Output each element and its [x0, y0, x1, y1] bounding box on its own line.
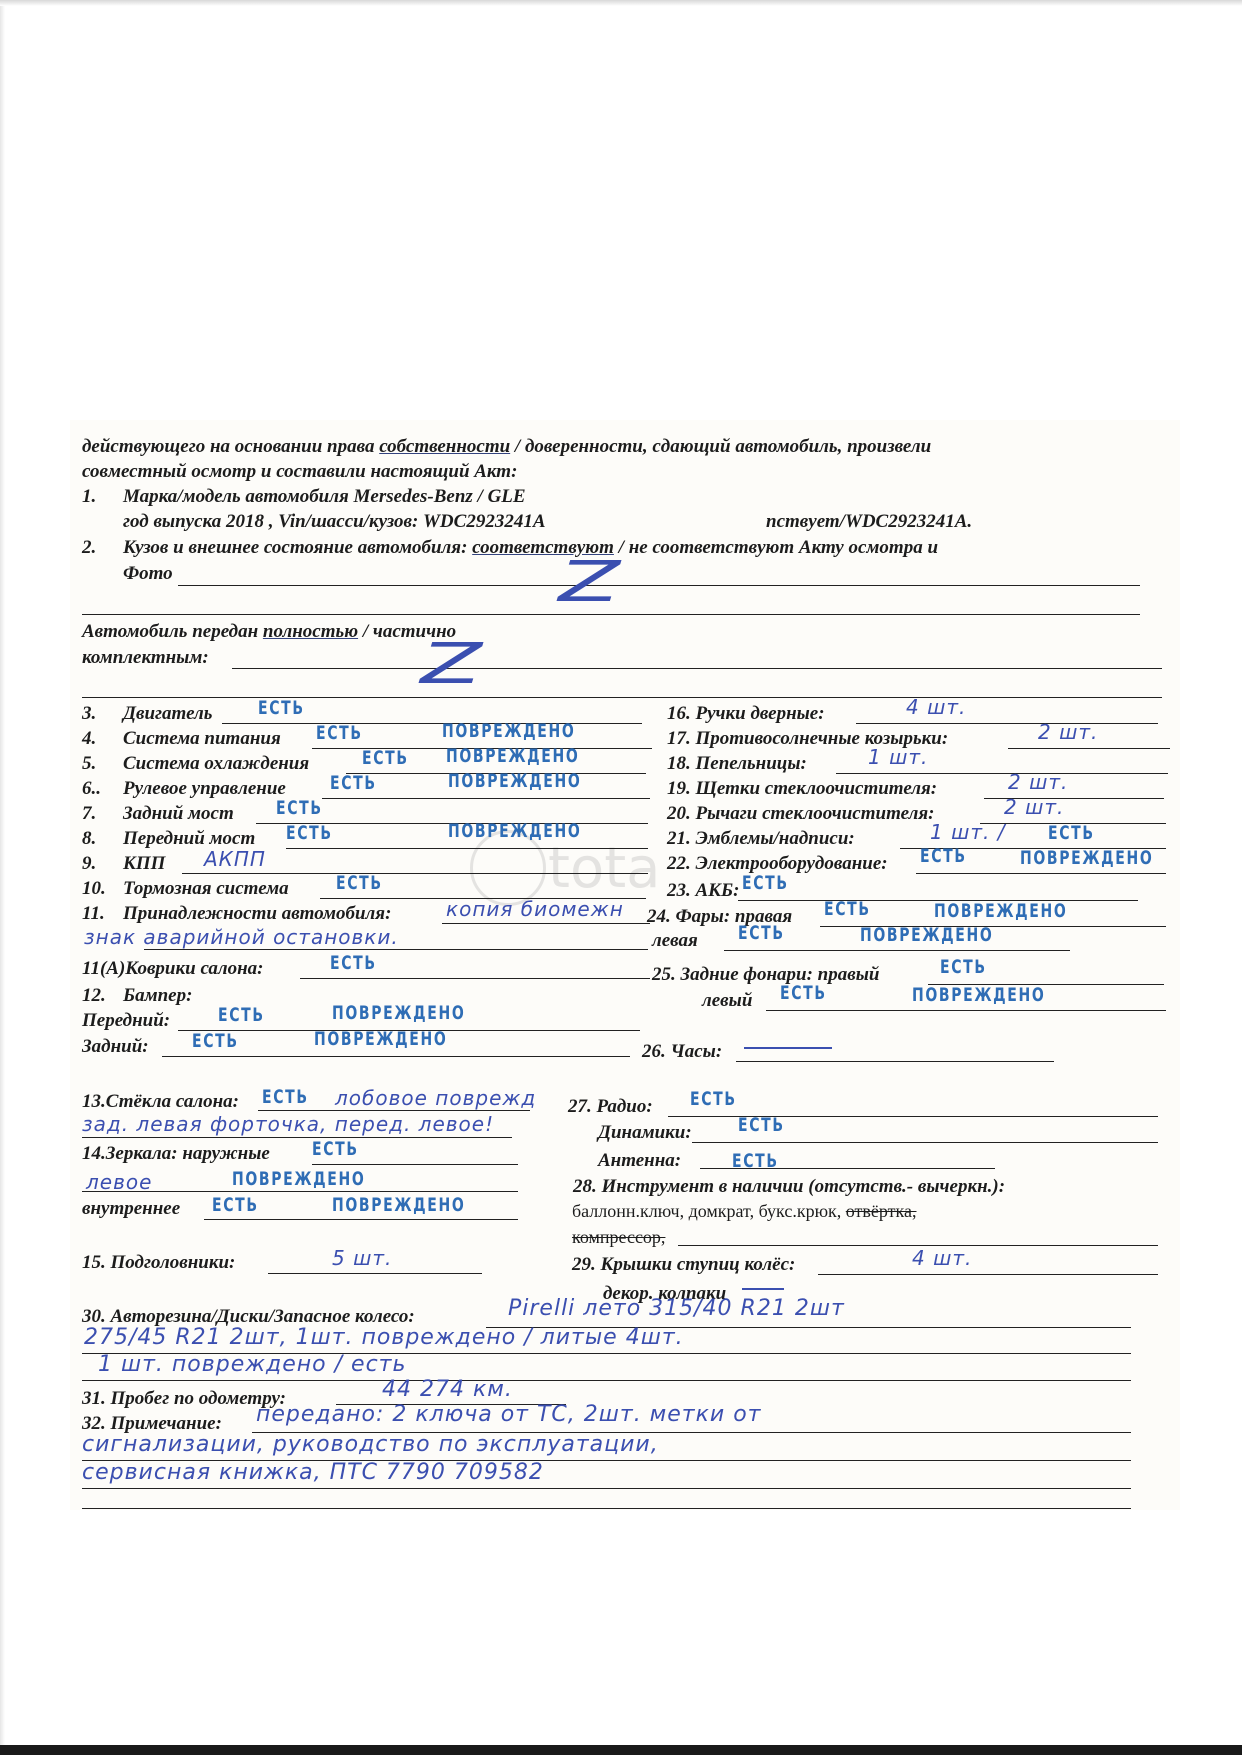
item-num: 5. — [82, 753, 123, 775]
left-item-status: ПОВРЕЖДЕНО — [448, 770, 581, 792]
item-label-text: Система питания — [123, 728, 281, 749]
item13-label: 13.Стёкла салона: — [82, 1091, 239, 1113]
item15-num: 15. — [82, 1252, 106, 1273]
item-num: 7. — [82, 803, 123, 825]
left-item-value: копия биомежн — [446, 897, 624, 921]
item-label-text: левая — [652, 930, 698, 951]
item14-label: 14.Зеркала: наружные — [82, 1143, 270, 1165]
left-item-value: АКПП — [204, 847, 266, 871]
item-label-text: Принадлежности автомобиля: — [123, 903, 391, 924]
tools-available: баллонн.ключ, домкрат, букс.крюк, — [572, 1201, 846, 1221]
item14-status: ПОВРЕЖДЕНО — [232, 1168, 365, 1190]
item30-underline-3 — [82, 1380, 1131, 1381]
item14-line-2 — [82, 1191, 518, 1192]
right-item-label: 19. Щетки стеклоочистителя: — [667, 778, 937, 800]
item-label-text: Часы: — [671, 1041, 723, 1062]
left-item-label: 3.Двигатель — [82, 703, 212, 725]
item-num: 26. — [642, 1041, 666, 1062]
item-num: 19. — [667, 778, 691, 799]
right-item-line — [836, 773, 1168, 774]
item-num: 3. — [82, 703, 123, 725]
item15-label: 15. Подголовники: — [82, 1252, 235, 1274]
left-item-status: ПОВРЕЖДЕНО — [314, 1028, 447, 1050]
intro-text-tail: / доверенности, сдающий автомобиль, прои… — [510, 436, 931, 457]
item31-value: 44 274 км. — [382, 1377, 513, 1402]
right-item-label: 23. АКБ: — [667, 880, 739, 902]
right-item-value: ЕСТЬ — [920, 845, 967, 867]
item-label-text: АКБ: — [696, 880, 740, 901]
left-item-value-line2: знак аварийной остановки. — [84, 925, 399, 949]
item30-line-2: 275/45 R21 2шт, 1шт. повреждено / литые … — [84, 1325, 684, 1350]
item30-line-3: 1 шт. повреждено / есть — [98, 1352, 406, 1377]
left-item-status: ПОВРЕЖДЕНО — [442, 720, 575, 742]
item-num: 21. — [667, 828, 691, 849]
left-item-value: ЕСТЬ — [258, 697, 305, 719]
item32-line-1: передано: 2 ключа от ТС, 2шт. метки от — [256, 1402, 761, 1427]
item27-text: Радио: — [597, 1096, 653, 1117]
left-item-value: ЕСТЬ — [330, 952, 377, 974]
photo-line — [178, 585, 1140, 586]
scan-edge-top — [0, 0, 1242, 6]
left-item-value: ЕСТЬ — [330, 772, 377, 794]
item14-inner-line — [204, 1219, 518, 1220]
right-item-status: ПОВРЕЖДЕНО — [934, 900, 1067, 922]
left-item-label: 12.Бампер: — [82, 985, 192, 1007]
item32-underline-4 — [82, 1508, 1131, 1509]
left-item-label: 7.Задний мост — [82, 803, 234, 825]
completeness-line: Автомобиль передан полностью / частично — [82, 621, 456, 643]
item1-label: Марка/модель автомобиля Mersedes-Benz / … — [123, 486, 526, 508]
item32-line-2: сигнализации, руководство по эксплуатаци… — [82, 1432, 659, 1457]
item14-inner-stamp: ЕСТЬ — [212, 1194, 259, 1216]
watermark-text: tota — [548, 836, 661, 901]
left-item-label: 5.Система охлаждения — [82, 753, 309, 775]
item-label-text: КПП — [123, 853, 165, 874]
left-item-label: 11(А)Коврики салона: — [82, 958, 264, 980]
item-num: 9. — [82, 853, 123, 875]
item30-line-1: Pirelli лето 315/40 R21 2шт — [508, 1296, 845, 1321]
item28-text: Инструмент в наличии (отсутств.- вычеркн… — [602, 1176, 1006, 1197]
intro-text: действующего на основании права — [82, 436, 379, 457]
right-item-value: ЕСТЬ — [780, 982, 827, 1004]
left-item-line — [442, 923, 650, 924]
right-item-label: левая — [652, 930, 698, 952]
tools-struck-screwdriver: отвёртка, — [846, 1201, 917, 1221]
right-item-label: 16. Ручки дверные: — [667, 703, 825, 725]
right-item-value: 1 шт. / — [930, 820, 1006, 844]
left-item-value: ЕСТЬ — [192, 1030, 239, 1052]
item14-inner-label: внутреннее — [82, 1198, 180, 1220]
right-item-dash — [744, 1047, 832, 1049]
hubcaps-dash — [742, 1288, 784, 1290]
item-num: 4. — [82, 728, 123, 750]
item-num: 16. — [667, 703, 691, 724]
intro-line-1: действующего на основании права собствен… — [82, 436, 931, 458]
right-item-value: 1 шт. — [868, 745, 928, 769]
speakers-label: Динамики: — [598, 1122, 692, 1144]
right-item-line — [916, 873, 1166, 874]
item-label-text: Коврики салона: — [125, 958, 263, 979]
item-num: 11. — [82, 903, 123, 925]
intro-line-2: совместный осмотр и составили настоящий … — [82, 461, 517, 483]
item13-text: Стёкла салона: — [106, 1091, 239, 1112]
completeness-line-1 — [232, 668, 1162, 669]
right-item-value: 2 шт. — [1004, 795, 1064, 819]
left-item-value: ЕСТЬ — [362, 747, 409, 769]
item29-num: 29. — [572, 1254, 596, 1275]
item15-value: 5 шт. — [332, 1246, 392, 1270]
item27-stamp: ЕСТЬ — [690, 1088, 737, 1110]
item-num: 25. — [652, 964, 676, 985]
item-label-text: Эмблемы/надписи: — [696, 828, 855, 849]
left-item-line — [322, 798, 650, 799]
left-item-line — [300, 978, 650, 979]
right-item-value: ЕСТЬ — [940, 956, 987, 978]
item28-label: 28. Инструмент в наличии (отсутств.- выч… — [573, 1176, 1005, 1198]
item14-num: 14. — [82, 1143, 106, 1164]
right-item-line — [766, 1010, 1166, 1011]
left-item-value: ЕСТЬ — [218, 1004, 265, 1026]
right-item-value: ЕСТЬ — [824, 898, 871, 920]
left-item-status: ПОВРЕЖДЕНО — [446, 745, 579, 767]
item-num: 6.. — [82, 778, 123, 800]
item14-line — [312, 1164, 518, 1165]
item14-text: Зеркала: наружные — [106, 1143, 270, 1164]
photo-z-mark: Z — [558, 550, 619, 615]
item2-photo-label: Фото — [123, 563, 173, 585]
item-label-text: Передний мост — [123, 828, 255, 849]
item-num: 22. — [667, 853, 691, 874]
speakers-stamp: ЕСТЬ — [738, 1114, 785, 1136]
completeness-z-mark: Z — [420, 632, 481, 697]
right-item-line — [724, 950, 1070, 951]
selected-ownership: собственности — [379, 436, 510, 457]
item-num: 12. — [82, 985, 123, 1007]
item-label-text: Ручки дверные: — [696, 703, 825, 724]
item-label-text: Бампер: — [123, 985, 192, 1006]
right-item-value: 2 шт. — [1008, 770, 1068, 794]
left-item-value: ЕСТЬ — [286, 822, 333, 844]
right-item-status: ПОВРЕЖДЕНО — [912, 984, 1045, 1006]
right-item-value: 4 шт. — [906, 695, 966, 719]
right-item-value: ЕСТЬ — [742, 872, 789, 894]
right-item-label: 18. Пепельницы: — [667, 753, 807, 775]
completeness-label: комплектным: — [82, 647, 209, 669]
item29-value: 4 шт. — [912, 1246, 972, 1270]
left-item-line — [162, 1056, 630, 1057]
completeness-selected: полностью — [263, 621, 358, 642]
right-item-line — [856, 723, 1158, 724]
item29-text: Крышки ступиц колёс: — [601, 1254, 796, 1275]
left-item-label: Задний: — [82, 1036, 149, 1058]
right-item-label: 25. Задние фонари: правый — [652, 964, 880, 986]
left-item-line — [182, 873, 648, 874]
right-item-status: ПОВРЕЖДЕНО — [860, 924, 993, 946]
item2-label: Кузов и внешнее состояние автомобиля: со… — [123, 537, 938, 559]
scan-edge-left — [0, 0, 5, 1755]
item-label-text: Рычаги стеклоочистителя: — [696, 803, 935, 824]
antenna-label: Антенна: — [598, 1150, 681, 1172]
item-label-text: Рулевое управление — [123, 778, 286, 799]
item14-stamp: ЕСТЬ — [312, 1138, 359, 1160]
left-item-value: ЕСТЬ — [276, 797, 323, 819]
item15-line — [268, 1273, 482, 1274]
item-num: 18. — [667, 753, 691, 774]
item-label-text: Двигатель — [123, 703, 212, 724]
item-label-text: Задний: — [82, 1036, 149, 1057]
item-num: 11(А) — [82, 958, 125, 980]
item-num: 20. — [667, 803, 691, 824]
item29-line — [818, 1274, 1158, 1275]
left-item-label: 4.Система питания — [82, 728, 281, 750]
right-item-label: левый — [702, 990, 752, 1012]
item14-inner-status: ПОВРЕЖДЕНО — [332, 1194, 465, 1216]
item13-note: лобовое поврежд — [335, 1086, 536, 1110]
item2-label-a: Кузов и внешнее состояние автомобиля: — [123, 537, 472, 558]
item32-line-3: сервисная книжка, ПТС 7790 709582 — [82, 1460, 544, 1485]
right-item-label: 26. Часы: — [642, 1041, 722, 1063]
left-item-label: 11.Принадлежности автомобиля: — [82, 903, 391, 925]
item13-note-2: зад. левая форточка, перед. левое! — [82, 1112, 494, 1136]
left-item-label: Передний: — [82, 1010, 170, 1032]
item15-text: Подголовники: — [111, 1252, 236, 1273]
left-item-value: ЕСТЬ — [316, 722, 363, 744]
item-num: 10. — [82, 878, 123, 900]
completeness-text: Автомобиль передан — [82, 621, 263, 642]
item-label-text: Тормозная система — [123, 878, 289, 899]
right-item-status: ПОВРЕЖДЕНО — [1020, 847, 1153, 869]
right-item-value: ЕСТЬ — [738, 922, 785, 944]
item13-line-2 — [82, 1137, 512, 1138]
item2-num: 2. — [82, 537, 96, 559]
item-num: 23. — [667, 880, 691, 901]
right-item-value: 2 шт. — [1038, 720, 1098, 744]
right-item-line — [1008, 748, 1170, 749]
item13-stamp: ЕСТЬ — [262, 1086, 309, 1108]
item27-num: 27. — [568, 1096, 592, 1117]
item-num: 8. — [82, 828, 123, 850]
left-item-line — [286, 848, 648, 849]
left-item-label: 10.Тормозная система — [82, 878, 289, 900]
completeness-line-2 — [82, 697, 1162, 698]
left-item-status: ПОВРЕЖДЕНО — [448, 820, 581, 842]
left-item-value: ЕСТЬ — [336, 872, 383, 894]
item1-vin-tail: пствует/WDC2923241A. — [766, 511, 972, 533]
item27-label: 27. Радио: — [568, 1096, 653, 1118]
item32-underline-3 — [82, 1488, 1131, 1489]
item1-num: 1. — [82, 486, 96, 508]
item-label-text: левый — [702, 990, 752, 1011]
item2-label-b: / не соответствуют Акту осмотра и — [614, 537, 938, 558]
item13-num: 13. — [82, 1091, 106, 1112]
scan-edge-bottom — [0, 1745, 1242, 1755]
left-item-status: ПОВРЕЖДЕНО — [332, 1002, 465, 1024]
left-item-label: 9.КПП — [82, 853, 165, 875]
item-label-text: Задний мост — [123, 803, 234, 824]
tools-list: баллонн.ключ, домкрат, букс.крюк, отвёрт… — [572, 1201, 916, 1222]
left-item-line2 — [144, 949, 648, 950]
item-label-text: Щетки стеклоочистителя: — [696, 778, 938, 799]
left-item-line — [222, 723, 642, 724]
tools-struck-compressor: компрессор, — [572, 1227, 665, 1248]
right-item-status: ЕСТЬ — [1048, 822, 1095, 844]
item1-year-vin: год выпуска 2018 , Vin/шасси/кузов: WDC2… — [123, 511, 546, 533]
item13-line — [258, 1110, 530, 1111]
item28-num: 28. — [573, 1176, 597, 1197]
left-item-label: 6..Рулевое управление — [82, 778, 286, 800]
item-num: 24. — [647, 906, 671, 927]
item29-label: 29. Крышки ступиц колёс: — [572, 1254, 795, 1276]
item-label-text: Система охлаждения — [123, 753, 309, 774]
right-item-line — [736, 1061, 1054, 1062]
item-label-text: Электрооборудование: — [696, 853, 888, 874]
item-label-text: Передний: — [82, 1010, 170, 1031]
item-label-text: Пепельницы: — [696, 753, 807, 774]
item-num: 17. — [667, 728, 691, 749]
right-item-label: 21. Эмблемы/надписи: — [667, 828, 855, 850]
right-item-label: 20. Рычаги стеклоочистителя: — [667, 803, 934, 825]
speakers-line — [692, 1142, 1158, 1143]
antenna-line — [700, 1168, 995, 1169]
